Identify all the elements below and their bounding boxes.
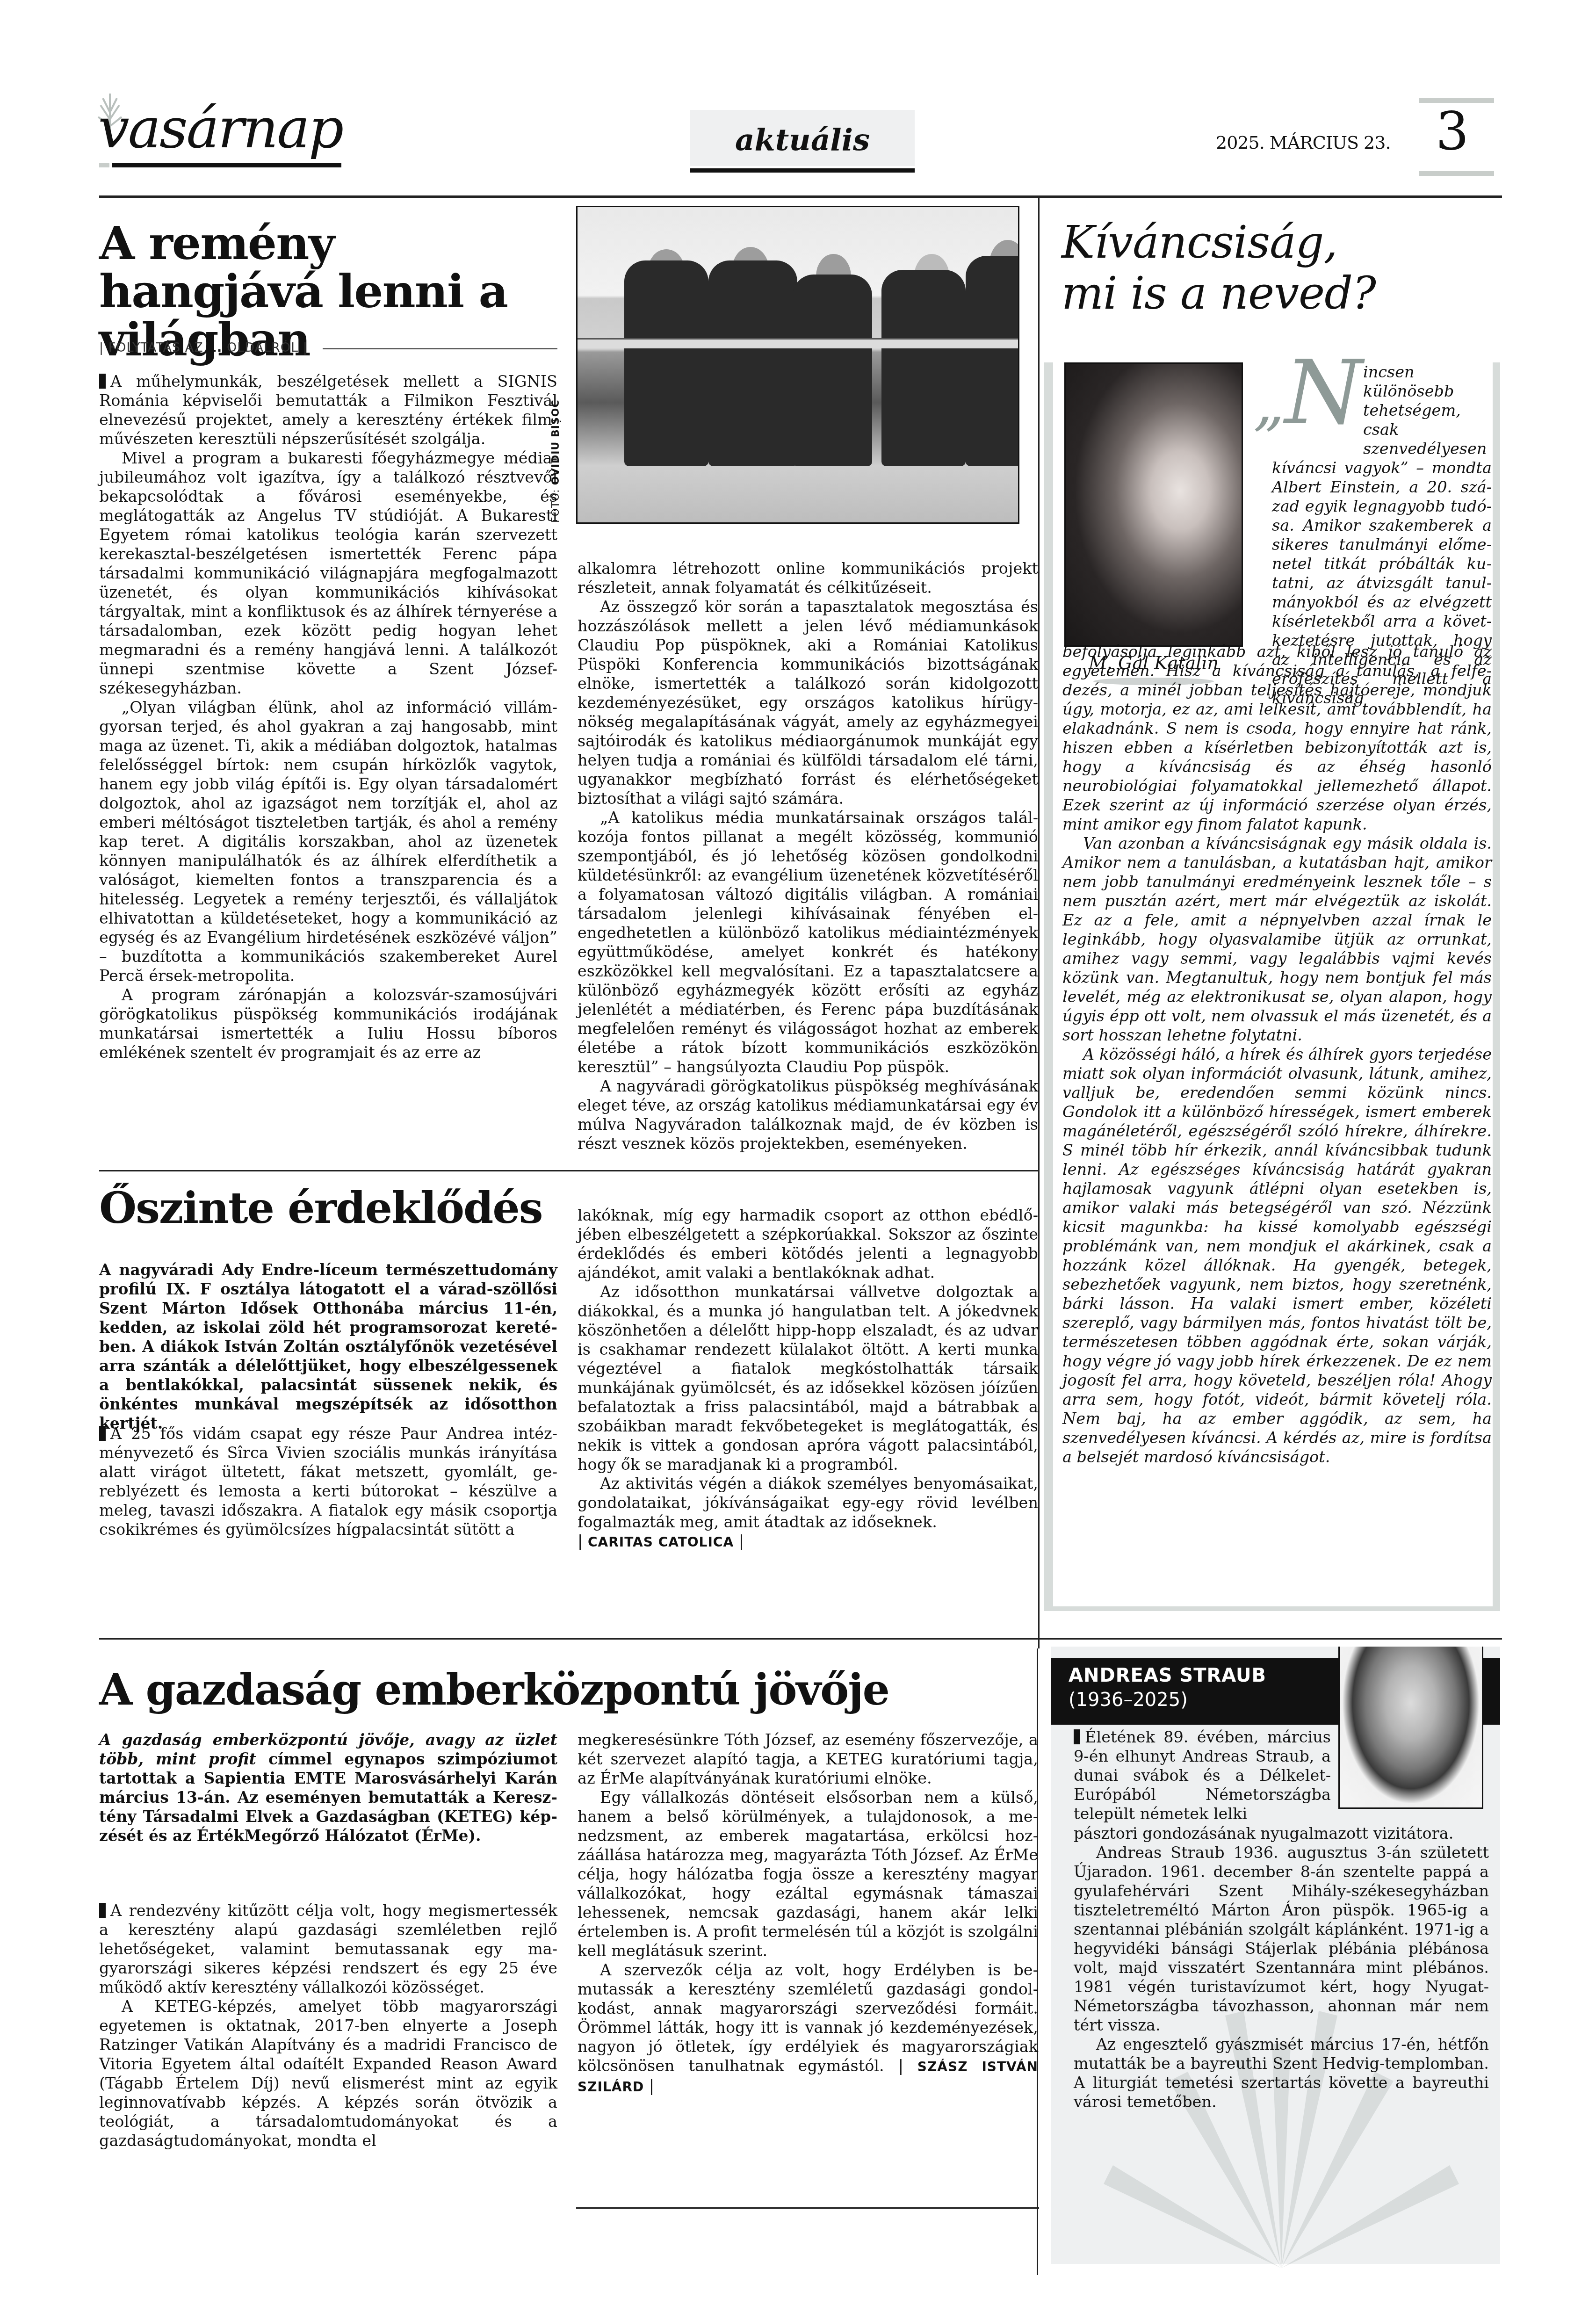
article-body-col1: A 25 fős vidám csapat egy része Paur And… — [99, 1424, 557, 1539]
byline: | CARITAS CATOLICA | — [578, 1532, 1038, 1552]
paragraph: Az engesztelő gyászmisét március 17-én, … — [1074, 2035, 1489, 2111]
lead-marker-icon — [99, 374, 106, 389]
paragraph: Az idősotthon munkatársai vállvetve dolg… — [578, 1282, 1038, 1474]
obituary-photo — [1338, 1647, 1483, 1809]
paragraph: Az összegző kör során a tapasztalatok me… — [578, 597, 1038, 808]
paragraph: „A katolikus média munkatársainak ország… — [578, 808, 1038, 1077]
article-headline-gazdasag: A gazdaság emberközpontú jövője — [99, 1667, 889, 1713]
column-divider — [1038, 196, 1040, 1648]
continued-from-label: | FOLYTATÁS AZ 1. OLDALRÓL | — [99, 340, 308, 355]
paragraph: megkeresésünkre Tóth József, az esemény … — [578, 1730, 1038, 1788]
continued-rule — [323, 348, 557, 349]
lead-marker-icon — [99, 1426, 106, 1441]
page-number: 3 — [1436, 105, 1469, 158]
lead-marker-icon — [1074, 1729, 1080, 1744]
column-headline: Kíváncsiság,mi is a neved? — [1062, 217, 1376, 320]
issue-date: 2025. MÁRCIUS 23. — [1216, 132, 1390, 153]
obituary-body: pásztori gondozásának nyugalmazott vizit… — [1074, 1824, 1489, 2111]
logo-underline — [112, 163, 341, 167]
column-body: befolyásolja leginkább azt, kiből lesz j… — [1062, 642, 1492, 1467]
paragraph: „Olyan világban élünk, ahol az informáci… — [99, 698, 557, 985]
paragraph: Életének 89. évében, már­cius 9-én elhun… — [1074, 1727, 1331, 1823]
obituary-intro: Életének 89. évében, már­cius 9-én elhun… — [1074, 1727, 1331, 1823]
obituary-name: ANDREAS STRAUB — [1069, 1665, 1266, 1686]
conference-photo — [576, 206, 1019, 524]
section-tab-underline — [690, 168, 915, 173]
bottom-rule — [576, 2207, 1039, 2209]
photo-credit: FOTÓ: OVIDIU BIȘOC — [550, 326, 562, 523]
article-body-col1: A rendezvény kitűzött célja volt, hogy m… — [99, 1901, 557, 2150]
paragraph: befolyásolja leginkább azt, kiből lesz j… — [1062, 642, 1492, 834]
paragraph: Az aktivitás végén a diákok személyes be… — [578, 1474, 1038, 1532]
paragraph: A szervezők célja az volt, hogy Erdélybe… — [578, 1960, 1038, 2096]
paragraph: Egy vállalkozás döntéseit elsősorban nem… — [578, 1788, 1038, 1960]
paragraph: A nagyváradi görögkatolikus püspökség me… — [578, 1077, 1038, 1153]
paragraph: A 25 fős vidám csapat egy része Paur And… — [99, 1424, 557, 1539]
paragraph: Van azonban a kíváncsiságnak egy másik o… — [1062, 834, 1492, 1045]
section-rule — [99, 1170, 1038, 1171]
article-body-col1: A műhelymunkák, beszélgetések mellett a … — [99, 372, 557, 1062]
logo-underline-accent — [99, 163, 109, 167]
masthead-rule — [99, 195, 1502, 198]
paragraph: pásztori gondozásának nyugalmazott vizit… — [1074, 1824, 1489, 1843]
section-label: aktuális — [690, 123, 915, 158]
article-body-col2: megkeresésünkre Tóth József, az esemény … — [578, 1730, 1038, 2096]
page-number-bar-bottom — [1419, 171, 1494, 176]
author-photo — [1064, 362, 1243, 647]
paragraph: A KETEG-képzés, amelyet több magyarorszá… — [99, 1997, 557, 2150]
article-headline-oszinte: Őszinte érdeklődés — [99, 1185, 542, 1231]
paragraph: alkalomra létrehozott online kommunikáci… — [578, 559, 1038, 597]
article-body-col2: lakóknak, míg egy harmadik csoport az ot… — [578, 1206, 1038, 1552]
paragraph: A műhelymunkák, beszélgetések mellett a … — [99, 372, 557, 448]
section-rule — [99, 1638, 1502, 1640]
paragraph: A program zárónapján a kolozsvár-szamosú… — [99, 985, 557, 1062]
lead-marker-icon — [99, 1903, 106, 1918]
paragraph: A közösségi háló, a hírek és álhírek gyo… — [1062, 1045, 1492, 1467]
article-lead: A nagyváradi Ady Endre-líceum természett… — [99, 1260, 557, 1433]
article-lead: A gazdaság emberközpontú jövője, avagy a… — [99, 1730, 557, 1845]
paragraph: A rendezvény kitűzött célja volt, hogy m… — [99, 1901, 557, 1997]
paragraph: lakóknak, míg egy harmadik csoport az ot… — [578, 1206, 1038, 1282]
obituary-years: (1936–2025) — [1069, 1689, 1188, 1711]
article-body-col2: alkalomra létrehozott online kommunikáci… — [578, 559, 1038, 1153]
newspaper-logo: vasárnap — [98, 101, 342, 156]
paragraph: Andreas Straub 1936. augusztus 3-án szül… — [1074, 1843, 1489, 2035]
paragraph: Mivel a program a bukaresti főegyházmegy… — [99, 448, 557, 698]
